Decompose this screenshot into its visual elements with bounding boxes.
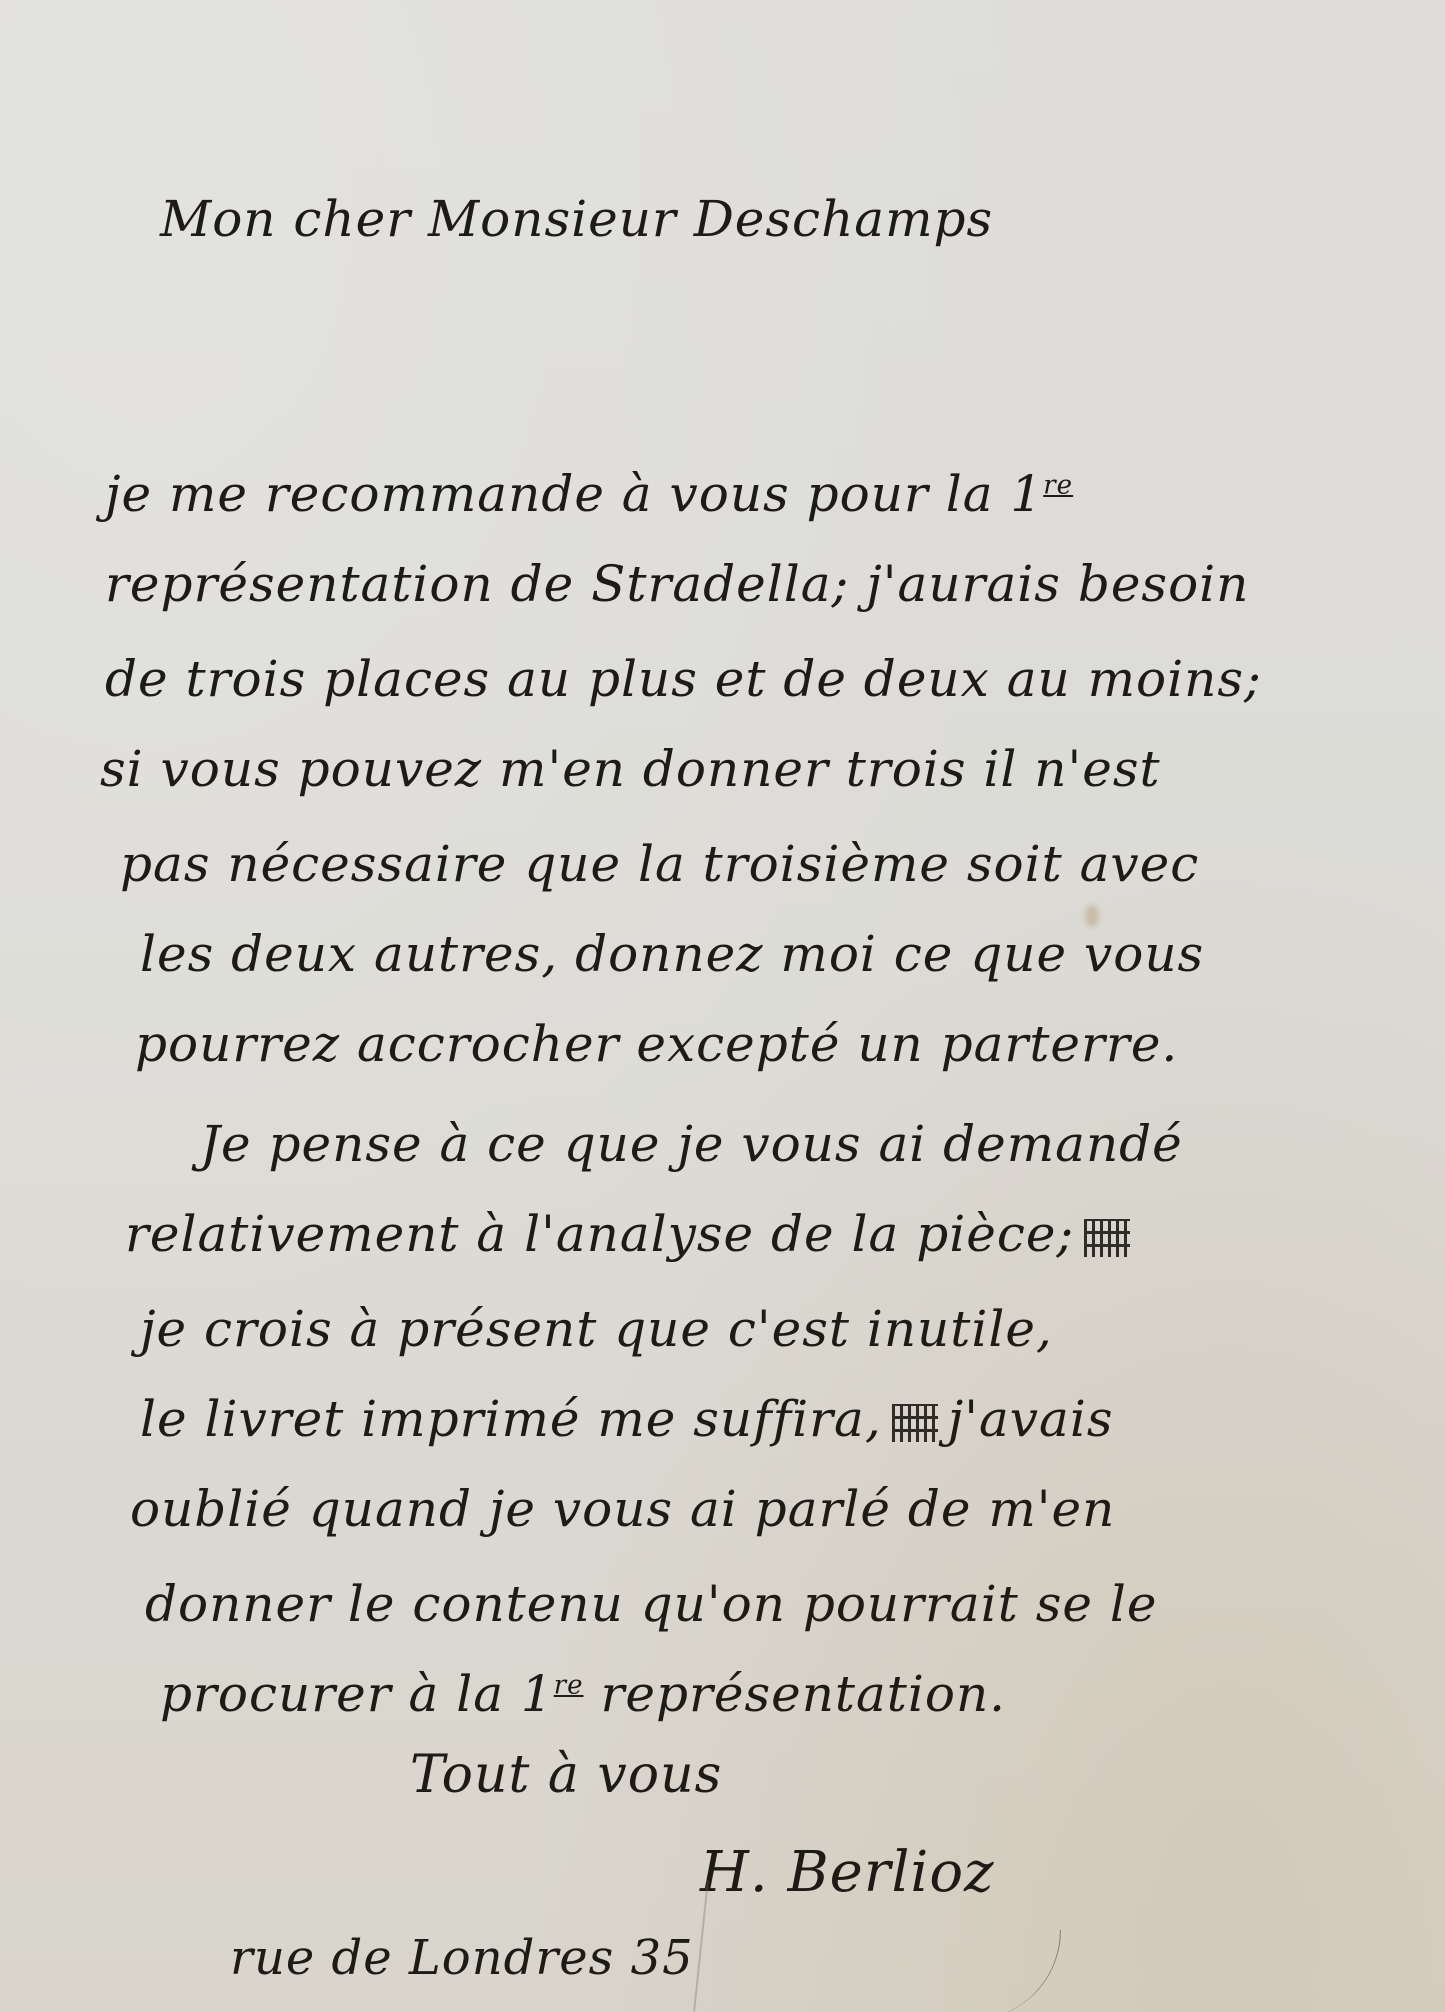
- letter-line: donner le contenu qu'on pourrait se le: [145, 1575, 1157, 1633]
- struck-out-mark: [1084, 1219, 1130, 1257]
- letter-text: relativement à l'analyse de la pièce;: [125, 1205, 1074, 1263]
- letter-line: relativement à l'analyse de la pièce;: [125, 1205, 1140, 1263]
- letter-line: le livret imprimé me suffira,j'avais: [140, 1390, 1114, 1448]
- letter-line: procurer à la 1re représentation.: [160, 1665, 1006, 1723]
- letter-line: les deux autres, donnez moi ce que vous: [140, 925, 1204, 983]
- paper-crease: [940, 1930, 1061, 2012]
- letter-text: j'avais: [948, 1390, 1114, 1448]
- sender-address: rue de Londres 35: [230, 1930, 694, 1986]
- letter-line: si vous pouvez m'en donner trois il n'es…: [100, 740, 1161, 798]
- letter-page: Mon cher Monsieur Deschamps je me recomm…: [0, 0, 1445, 2012]
- letter-line: représentation de Stradella; j'aurais be…: [105, 555, 1249, 613]
- letter-text: représentation.: [600, 1665, 1006, 1723]
- letter-line: Je pense à ce que je vous ai demandé: [200, 1115, 1183, 1173]
- signature: H. Berlioz: [700, 1840, 995, 1905]
- superscript: re: [1043, 470, 1073, 500]
- salutation: Mon cher Monsieur Deschamps: [160, 190, 993, 248]
- ink-stain: [1085, 905, 1099, 927]
- letter-line: je me recommande à vous pour la 1re: [105, 465, 1073, 523]
- letter-line: je crois à présent que c'est inutile,: [140, 1300, 1053, 1358]
- letter-line: oublié quand je vous ai parlé de m'en: [130, 1480, 1115, 1538]
- struck-out-mark: [892, 1404, 938, 1442]
- letter-text: je me recommande à vous pour la 1: [105, 465, 1043, 523]
- letter-line: pas nécessaire que la troisième soit ave…: [120, 835, 1199, 893]
- superscript: re: [554, 1670, 584, 1700]
- letter-line: pourrez accrocher excepté un parterre.: [135, 1015, 1178, 1073]
- closing: Tout à vous: [410, 1745, 722, 1805]
- letter-line: de trois places au plus et de deux au mo…: [105, 650, 1262, 708]
- letter-text: le livret imprimé me suffira,: [140, 1390, 882, 1448]
- letter-text: procurer à la 1: [160, 1665, 554, 1723]
